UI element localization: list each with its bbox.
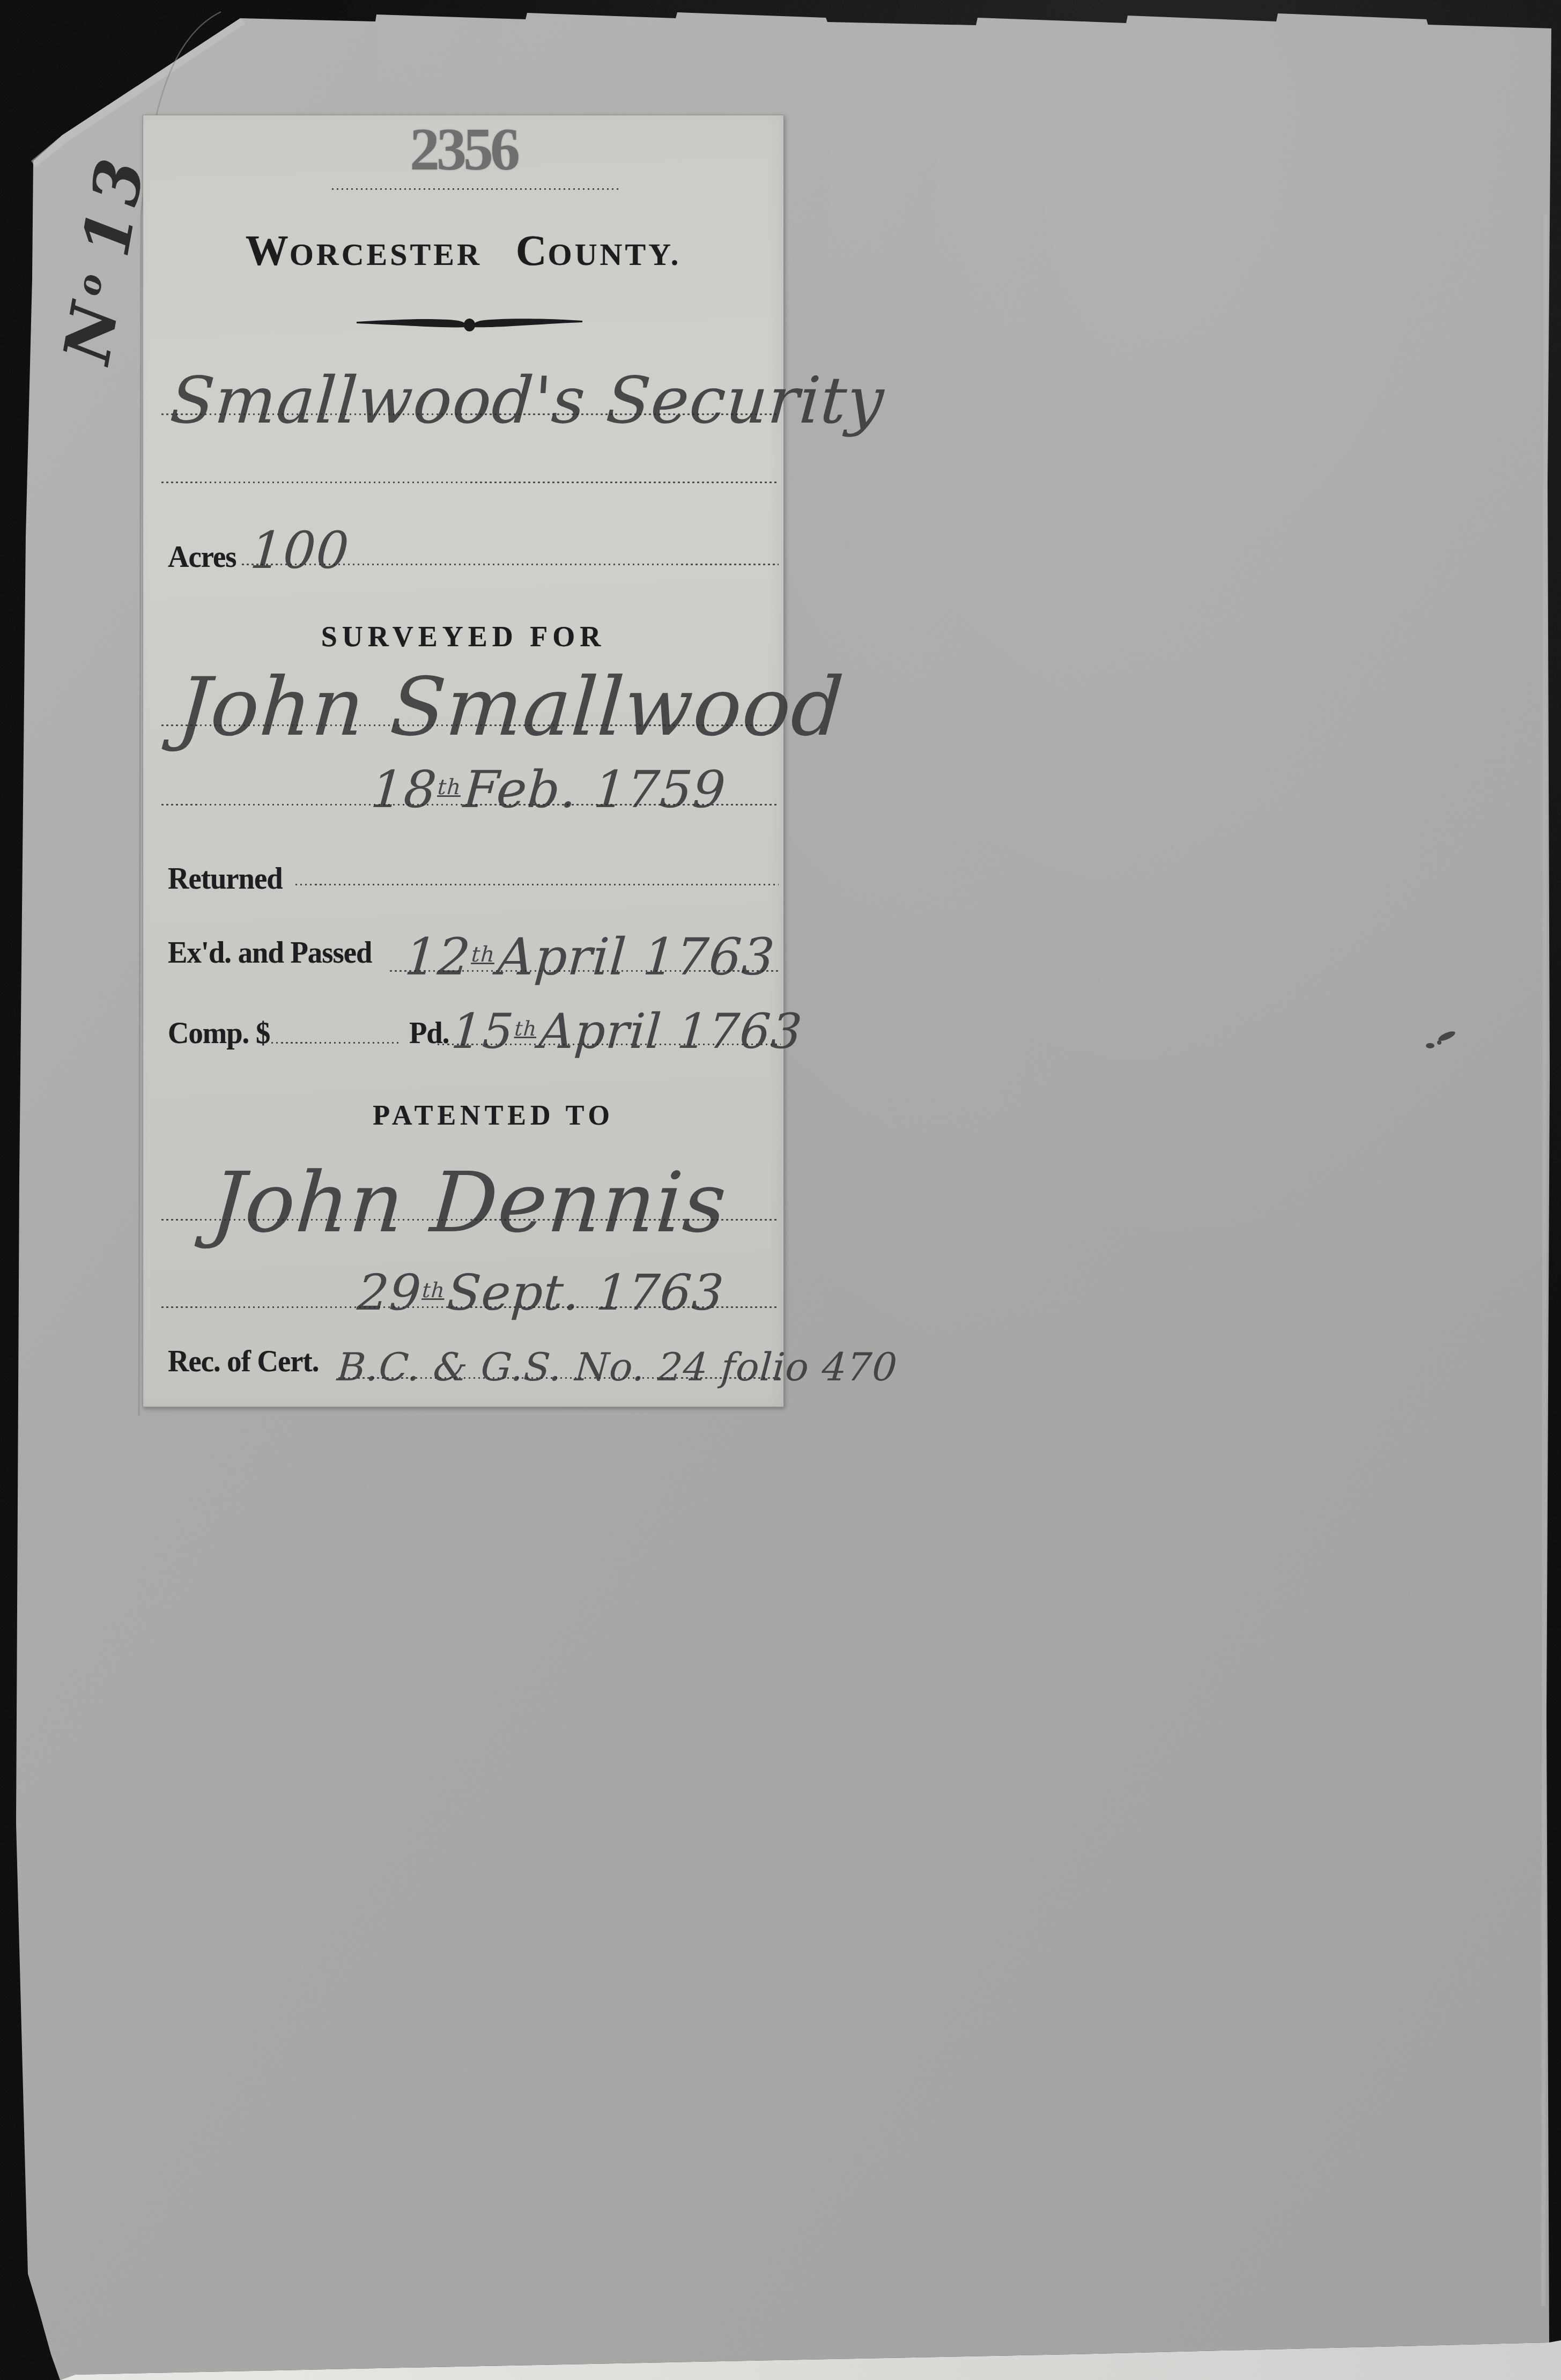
acres-value-handwriting: 100 <box>248 521 351 580</box>
exd-passed-value-handwriting: 12thApril 1763 <box>403 928 777 987</box>
dotted-rule <box>161 1306 779 1308</box>
divider-ornament-icon <box>356 315 583 333</box>
pd-value-handwriting: 15thApril 1763 <box>449 1003 804 1060</box>
dotted-rule <box>271 1042 400 1044</box>
dotted-rule <box>242 564 779 565</box>
comp-label: Comp. $ <box>168 1015 270 1051</box>
dotted-rule <box>295 884 779 885</box>
tract-name-handwriting: Smallwood's Security <box>168 364 886 438</box>
margin-note-prefix: N <box>49 290 135 368</box>
survey-record-label: 2356 WORCESTER COUNTY. Smallwood's Secur… <box>143 115 784 1407</box>
surveyed-for-name-handwriting: John Smallwood <box>175 661 847 754</box>
dotted-rule <box>161 1219 779 1221</box>
surveyed-for-date-handwriting: 18thFeb. 1759 <box>369 760 728 819</box>
county-title: WORCESTER COUNTY. <box>143 227 783 276</box>
dotted-rule <box>332 188 619 190</box>
patented-date-handwriting: 29thSept. 1763 <box>356 1264 726 1321</box>
dotted-rule <box>338 1377 781 1379</box>
patented-to-heading: PATENTED TO <box>173 1100 813 1132</box>
dotted-rule <box>161 413 779 415</box>
returned-label: Returned <box>168 860 283 896</box>
scanned-document-photo: No 13 2356 WORCESTER COUNTY. Smallwood's… <box>0 0 1561 2380</box>
dotted-rule <box>161 725 779 726</box>
dotted-rule <box>161 804 779 805</box>
dotted-rule <box>161 482 779 483</box>
dotted-rule <box>438 1044 781 1045</box>
exd-passed-label: Ex'd. and Passed <box>168 934 372 970</box>
patented-name-handwriting: John Dennis <box>208 1154 730 1251</box>
dotted-rule <box>390 970 779 972</box>
certificate-number: 2356 <box>143 115 783 184</box>
surveyed-for-heading: SURVEYED FOR <box>143 620 783 653</box>
acres-label: Acres <box>168 538 236 574</box>
rec-of-cert-label: Rec. of Cert. <box>168 1343 319 1379</box>
rec-of-cert-value-handwriting: B.C. & G.S. No. 24 folio 470 <box>336 1344 899 1389</box>
